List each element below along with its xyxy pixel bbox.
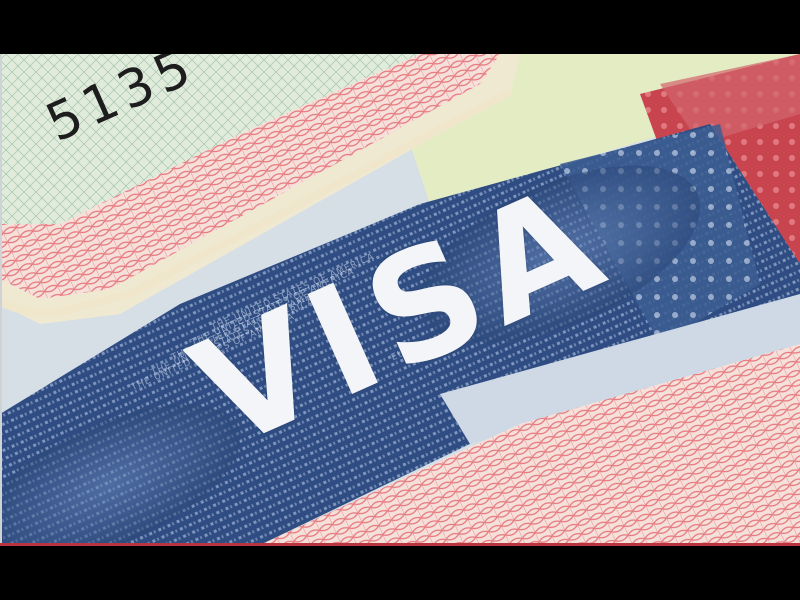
left-edge-strip [0,54,2,545]
bottom-red-edge [0,543,800,546]
visa-photo: 5135 THE UNITED STATES OF AMERICA THE UN… [0,54,800,545]
